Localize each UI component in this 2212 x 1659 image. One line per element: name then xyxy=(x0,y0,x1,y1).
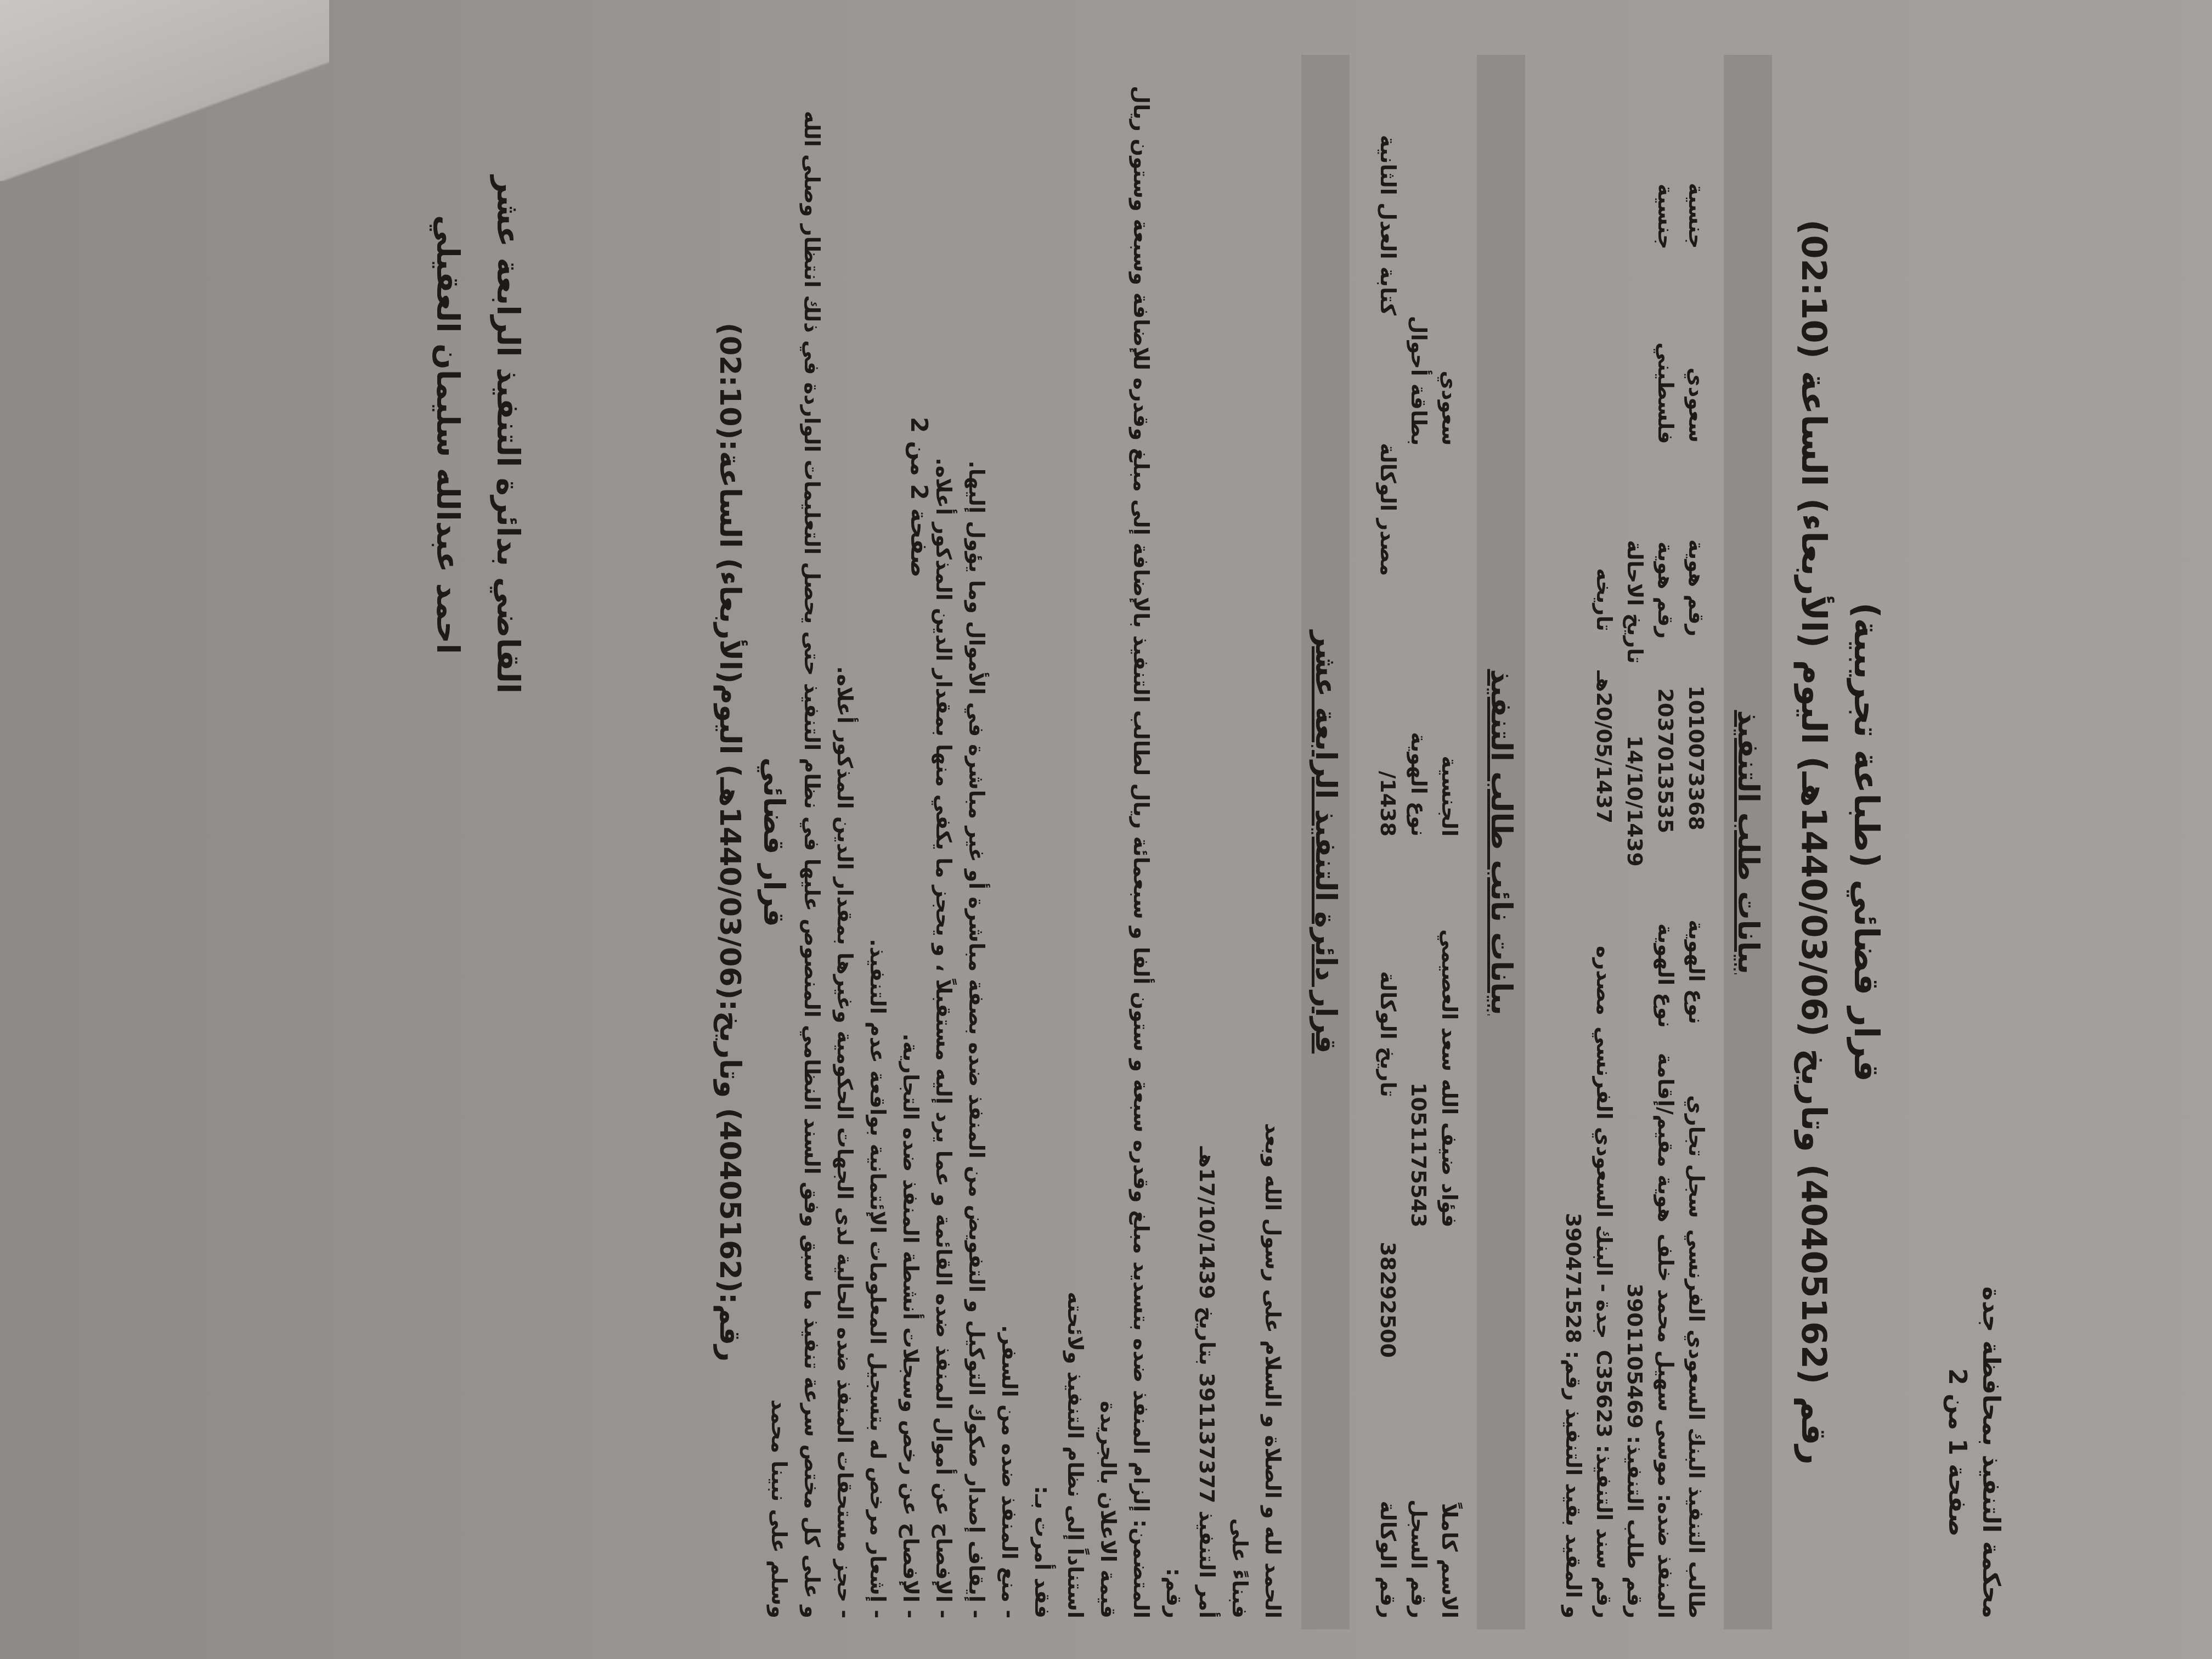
page-number: صفحة 1 من 2 xyxy=(1940,1286,1974,1618)
table-cell: جدة - البنك السعودي الفرنسي xyxy=(1589,1026,1620,1339)
table-cell: فلسطيني xyxy=(1650,261,1681,444)
table-cell: رقم هوية xyxy=(1681,454,1712,636)
table-cell: جنسية xyxy=(1681,66,1712,249)
table-cell: الاسم كاملاً xyxy=(1434,1239,1465,1619)
decision-paragraph: - الإفصاح عن رخص وسجلات أنشطة المنفذ ضده… xyxy=(894,66,927,1618)
table-cell: 1010073368 xyxy=(1681,647,1712,830)
table-row: طالب التنفيذ البنك السعودي الفرنسيسجل تج… xyxy=(1681,66,1712,1618)
table-cell: نوع الهوية xyxy=(1650,844,1681,1028)
table-cell: 38292500 xyxy=(1373,1108,1403,1358)
table-cell xyxy=(1558,448,1589,628)
page-2-label: صفحة 2 من 2 xyxy=(906,417,933,578)
decision-paragraph: فقد أمرت بـ: xyxy=(1026,66,1059,1618)
table-cell: رقم سند التنفيذ: C35623 xyxy=(1589,1350,1620,1619)
table-row: و المقيد بقيد التنفيذ رقم: 390471528 xyxy=(1558,66,1589,1618)
table-cell: هوية مقيم/إقامة xyxy=(1650,1039,1681,1223)
table-cell: رقم طلب التنفيذ: 3901105469 xyxy=(1620,1283,1650,1618)
applicant-section-heading: بيانات طلب التنفيذ xyxy=(1724,55,1772,1629)
decision-paragraph: - الإفصاح عن أموال المنفذ ضده القائمة و … xyxy=(927,66,960,1618)
court-decision-page: محكمة التنفيذ بمحافظة جدة صفحة 1 من 2 قر… xyxy=(0,33,2030,1651)
table-row: المنفذ ضده: موسى سهيل محمد خلفهوية مقيم/… xyxy=(1650,66,1681,1618)
closing-title: قرار قضائي xyxy=(752,33,795,1651)
table-cell: 2037013535 xyxy=(1650,650,1681,833)
table-cell xyxy=(1589,66,1620,247)
table-cell xyxy=(1558,66,1589,246)
table-cell: نوع الهوية xyxy=(1403,457,1434,837)
decision-section-heading: قرار دائرة التنفيذ الرابعة عشر xyxy=(1301,55,1350,1629)
applicant-details-table: طالب التنفيذ البنك السعودي الفرنسيسجل تج… xyxy=(1558,66,1712,1618)
table-cell: سعودي xyxy=(1434,66,1465,446)
table-cell: تاريخ الاحالة xyxy=(1620,472,1650,664)
table-cell: نوع الهوية xyxy=(1681,842,1712,1024)
decision-paragraph: المتضمن: إلزام المنفذ ضده بتسديد مبلغ وق… xyxy=(1092,66,1158,1618)
table-cell xyxy=(1558,1022,1589,1201)
table-cell: جنسية xyxy=(1650,66,1681,250)
judge-signature: القاضي بدائرة التنفيذ الرابعة عشر احمد ع… xyxy=(417,176,538,693)
document-title: قرار قضائي (طباعة تجريبية) رقم (40405162… xyxy=(1787,33,1893,1651)
decision-paragraph: - منع المنفذ ضده من السفر. xyxy=(993,66,1026,1618)
table-cell: مصدر الوكالة xyxy=(1373,326,1403,576)
table-cell: سعودي xyxy=(1681,259,1712,442)
judge-title: القاضي بدائرة التنفيذ الرابعة عشر xyxy=(477,176,538,693)
table-cell: فؤاد ضيف الله سعد العصيمي xyxy=(1434,848,1465,1228)
decision-paragraph: أمر التنفيذ 391137377 بتاريخ 17/10/1439ه… xyxy=(1190,66,1223,1618)
table-row: رقم الوكالة38292500تاريخ الوكالة1438/مصد… xyxy=(1373,66,1403,1618)
table-cell: 20/05/1437هـ xyxy=(1589,642,1620,823)
table-cell: و المقيد بقيد التنفيذ رقم: 390471528 xyxy=(1558,1213,1589,1618)
agent-section-heading: بيانات نائب طالب التنفيذ xyxy=(1477,55,1525,1629)
table-cell: بطاقة أحوال xyxy=(1403,66,1434,446)
agent-details-table: الاسم كاملاًفؤاد ضيف الله سعد العصيميالج… xyxy=(1373,66,1465,1618)
table-cell: كتابة العدل الثانية xyxy=(1373,66,1403,315)
table-row: رقم السجل1051175543نوع الهويةبطاقة أحوال xyxy=(1403,66,1434,1618)
table-cell: 1438/ xyxy=(1373,587,1403,837)
decision-paragraph: استناداً إلى نظام التنفيذ ولائحته xyxy=(1059,66,1092,1618)
title-line-1: قرار قضائي (طباعة تجريبية) xyxy=(1840,33,1893,1651)
table-cell xyxy=(1620,1081,1650,1273)
table-cell xyxy=(1558,257,1589,437)
table-cell: تاريخ الوكالة xyxy=(1373,848,1403,1097)
decision-paragraph: رقم: xyxy=(1158,66,1190,1618)
table-cell: رقم هوية xyxy=(1650,455,1681,639)
table-row: رقم سند التنفيذ: C35623جدة - البنك السعو… xyxy=(1589,66,1620,1618)
table-row: رقم طلب التنفيذ: 390110546914/10/1439تار… xyxy=(1620,66,1650,1618)
closing-number-line: رقم:(40405162) وتاريخ:(1440/03/06هـ) الي… xyxy=(708,33,752,1651)
table-cell: طالب التنفيذ البنك السعودي الفرنسي xyxy=(1681,1229,1712,1618)
table-cell xyxy=(1620,269,1650,461)
decision-paragraph: الحمد لله و الصلاة و السلام على رسول الل… xyxy=(1256,66,1289,1618)
table-cell: تاريخه xyxy=(1589,450,1620,631)
decision-body: الحمد لله و الصلاة و السلام على رسول الل… xyxy=(763,66,1289,1618)
table-cell: 14/10/1439 xyxy=(1620,675,1650,867)
table-cell: المنفذ ضده: موسى سهيل محمد خلف xyxy=(1650,1233,1681,1618)
decision-paragraph: - إشعار مرخص له بتسجيل المعلومات الإئتما… xyxy=(861,66,894,1618)
table-cell: 1051175543 xyxy=(1403,848,1434,1228)
table-cell: مصدره xyxy=(1589,834,1620,1015)
table-cell: رقم الوكالة xyxy=(1373,1369,1403,1618)
table-cell xyxy=(1589,258,1620,439)
decision-paragraph: فبناءً على xyxy=(1223,66,1256,1618)
closing-title-block: قرار قضائي رقم:(40405162) وتاريخ:(1440/0… xyxy=(708,33,795,1651)
judge-name: احمد عبدالله سليمان العقيلي xyxy=(417,176,477,693)
table-cell: الجنسية xyxy=(1434,457,1465,837)
table-cell: سجل تجاري xyxy=(1681,1035,1712,1218)
court-name: محكمة التنفيذ بمحافظة جدة xyxy=(1974,1286,2008,1618)
table-row: الاسم كاملاًفؤاد ضيف الله سعد العصيميالج… xyxy=(1434,66,1465,1618)
table-cell xyxy=(1620,66,1650,258)
table-cell xyxy=(1558,831,1589,1011)
table-cell xyxy=(1620,878,1650,1070)
table-cell: رقم السجل xyxy=(1403,1239,1434,1619)
decision-paragraph: - إيقاف إصدار صكوك التوكيل و التفويض من … xyxy=(960,66,993,1618)
table-cell xyxy=(1558,639,1589,819)
title-line-2: رقم (40405162) وتاريخ (1440/03/06هـ) الي… xyxy=(1787,33,1840,1651)
decision-paragraph: - حجز مستحقات المنفذ ضده الحالية لدى الج… xyxy=(828,66,861,1618)
court-header: محكمة التنفيذ بمحافظة جدة صفحة 1 من 2 xyxy=(1940,1286,2008,1618)
